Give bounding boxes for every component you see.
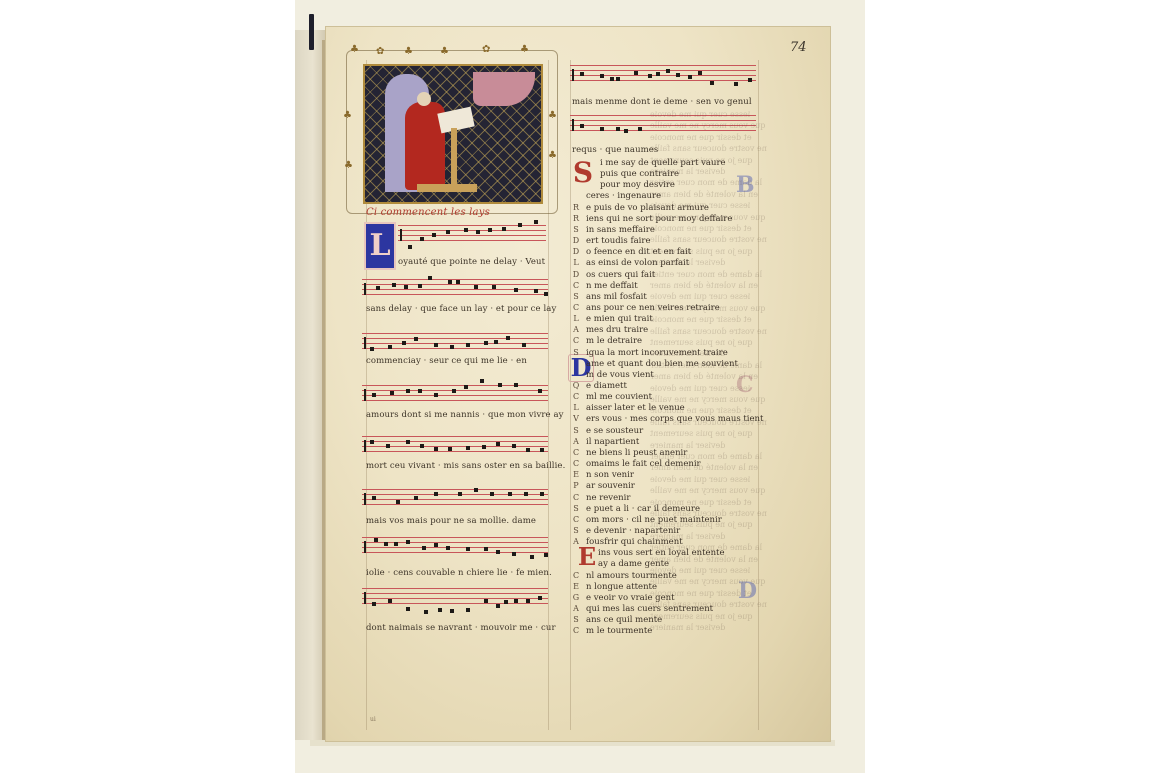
neume-note-icon [698,71,702,75]
line-initial-letter: C [571,515,581,524]
neume-note-icon [434,343,438,347]
staff-line [398,235,546,236]
staff-line [362,436,548,437]
neume-note-icon [428,276,432,280]
neume-note-icon [452,389,456,393]
neume-note-icon [424,610,428,614]
bleed-through-line: que vous mercy ne me vaille [650,486,765,495]
line-initial-letter: D [571,247,581,256]
bleed-through-line: iesse cuer qui me devoie [650,110,750,119]
bleed-through-line: que vous mercy ne me vaille [650,395,765,404]
bleed-through-line: ne vostre douceur sans faille [650,327,767,336]
text-line: e se sousteur [586,426,643,436]
bleed-through-line: deviser la maniere [650,623,725,632]
clef-icon [400,229,402,241]
drapery-icon [473,72,535,106]
staff-line [398,230,546,231]
neume-note-icon [526,599,530,603]
text-line: n son venir [586,470,634,480]
neume-note-icon [448,280,452,284]
vine-leaf-icon: ♣ [344,160,353,171]
clef-icon [572,69,574,81]
staff-line [362,547,548,548]
neume-note-icon [484,341,488,345]
figure-head-icon [417,92,431,106]
neume-note-icon [466,608,470,612]
line-initial-letter: C [571,392,581,401]
lyric-line: commenciay · seur ce qui me lie · en [366,356,527,366]
neume-note-icon [490,492,494,496]
vine-leaf-icon: ♣ [404,46,413,57]
clef-icon [364,283,366,295]
neume-note-icon [414,337,418,341]
neume-note-icon [512,552,516,556]
bleed-through-line: que vous mercy ne me vaille [650,121,765,130]
line-initial-letter: R [571,214,581,223]
bleed-through-line: et dessir que ne moncoie [650,406,752,415]
staff-line [362,542,548,543]
bleed-through-line: que jo ne puis seurement [650,247,753,256]
bleed-through-line: la dame de mon cuer entier [650,270,762,279]
neume-note-icon [634,71,638,75]
neume-note-icon [534,220,538,224]
vine-leaf-icon: ✿ [376,46,384,57]
music-staff [362,537,548,553]
neume-note-icon [394,542,398,546]
line-initial-letter: C [571,281,581,290]
neume-note-icon [492,285,496,289]
neume-note-icon [422,546,426,550]
music-staff [362,588,548,604]
rubric-heading: Ci commencent les lays [366,207,490,218]
neume-note-icon [434,543,438,547]
music-staff [362,385,548,401]
bleed-through-line: et dessir que ne moncoie [650,315,752,324]
illuminated-initial-e: E [576,544,598,570]
neume-note-icon [482,445,486,449]
line-initial-letter: D [571,236,581,245]
neume-note-icon [484,599,488,603]
staff-line [362,494,548,495]
clef-icon [572,119,574,131]
neume-note-icon [496,442,500,446]
spine-tab-marker [309,14,314,50]
neume-note-icon [448,447,452,451]
music-staff [570,65,756,81]
neume-note-icon [386,444,390,448]
neume-note-icon [600,127,604,131]
illuminated-miniature [363,64,543,204]
vine-leaf-icon: ♣ [520,44,529,55]
line-initial-letter: C [571,626,581,635]
neume-note-icon [464,385,468,389]
clef-icon [364,389,366,401]
neume-note-icon [518,223,522,227]
neume-note-icon [396,500,400,504]
neume-note-icon [414,496,418,500]
lyric-line: iolie · cens couvable n chiere lie · fe … [366,568,552,578]
gathering-mark: ui [370,716,376,723]
lyric-line: requs · que naumes [572,145,658,155]
neume-note-icon [402,341,406,345]
staff-line [362,400,548,401]
neume-note-icon [370,440,374,444]
neume-note-icon [530,555,534,559]
bleed-through-line: la dame de mon cuer entier [650,452,762,461]
neume-note-icon [456,280,460,284]
clef-icon [364,592,366,604]
lyric-line: mort ceu vivant · mis sans oster en sa b… [366,461,565,471]
vine-leaf-icon: ♣ [548,150,557,161]
staff-line [362,451,548,452]
line-initial-letter: C [571,303,581,312]
lyric-line: amours dont si me nannis · que mon vivre… [366,410,564,420]
neume-note-icon [506,336,510,340]
bleed-through-line: en la volenté de bien amer [650,190,758,199]
staff-line [362,385,548,386]
line-initial-letter: D [571,270,581,279]
bleed-through-line: deviser la maniere [650,532,725,541]
staff-line [362,504,548,505]
neume-note-icon [480,379,484,383]
neume-note-icon [464,228,468,232]
line-initial-letter: A [571,604,581,613]
line-initial-letter: P [571,481,581,490]
neume-note-icon [474,285,478,289]
line-initial-letter: C [571,493,581,502]
staff-line [362,499,548,500]
neume-note-icon [734,82,738,86]
line-initial-letter: L [571,403,581,412]
line-initial-letter: S [571,426,581,435]
line-initial-letter: L [571,258,581,267]
image-viewer: 74 ui ♣ ✿ ♣ ♣ ✿ ♣ ♣ ♣ ♣ ♣ Ci commencent … [0,0,1160,773]
bleed-through-line: que jo ne puis seurement [650,520,753,529]
neume-note-icon [496,550,500,554]
bleed-through-line: que vous mercy ne me vaille [650,577,765,586]
bleed-through-line: en la volenté de bien amer [650,372,758,381]
neume-note-icon [404,285,408,289]
staff-line [362,343,548,344]
neume-note-icon [502,227,506,231]
neume-note-icon [580,124,584,128]
neume-note-icon [420,444,424,448]
staff-line [570,70,756,71]
staff-line [362,279,548,280]
line-initial-letter: C [571,459,581,468]
neume-note-icon [388,345,392,349]
bleed-through-line: iesse cuer qui me devoie [650,292,750,301]
staff-line [362,338,548,339]
neume-note-icon [656,72,660,76]
clef-icon [364,440,366,452]
neume-note-icon [450,345,454,349]
vine-leaf-icon: ♣ [548,110,557,121]
bleed-through-line: ne vostre douceur sans faille [650,509,767,518]
bleed-through-line: en la volenté de bien amer [650,281,758,290]
text-line: ml me couvient [586,392,652,402]
bleed-through-line: deviser la maniere [650,349,725,358]
line-initial-letter: S [571,504,581,513]
neume-note-icon [514,599,518,603]
vine-leaf-icon: ♣ [343,110,352,121]
bleed-through-line: ne vostre douceur sans faille [650,418,767,427]
neume-note-icon [600,74,604,78]
neume-note-icon [408,245,412,249]
neume-note-icon [406,440,410,444]
neume-note-icon [688,75,692,79]
line-initial-letter: C [571,571,581,580]
music-staff [362,279,548,295]
neume-note-icon [544,553,548,557]
staff-line [362,552,548,553]
neume-note-icon [580,72,584,76]
illuminated-initial-l: L [364,222,396,270]
neume-note-icon [434,447,438,451]
music-staff [362,489,548,505]
neume-note-icon [648,74,652,78]
text-line: ans mil fosfait [586,292,647,302]
neume-note-icon [748,78,752,82]
neume-note-icon [484,547,488,551]
line-initial-letter: A [571,325,581,334]
neume-note-icon [372,602,376,606]
text-line: n me deffait [586,281,638,291]
line-initial-letter: S [571,225,581,234]
bleed-through-line: en la volenté de bien amer [650,463,758,472]
neume-note-icon [616,77,620,81]
neume-note-icon [710,81,714,85]
text-line: m le tourmente [586,626,652,636]
bleed-through-line: que jo ne puis seurement [650,338,753,347]
bleed-through-line: la dame de mon cuer entier [650,361,762,370]
neume-note-icon [446,230,450,234]
bleed-through-line: et dessir que ne moncoie [650,133,752,142]
neume-note-icon [434,393,438,397]
music-staff [362,436,548,452]
lyric-line: oyauté que pointe ne delay · Veut [398,257,545,267]
staff-line [570,75,756,76]
text-line: n longue attente [586,582,657,592]
neume-note-icon [498,383,502,387]
neume-note-icon [508,492,512,496]
staff-line [570,80,756,81]
line-initial-letter: C [571,448,581,457]
staff-line [362,294,548,295]
line-initial-letter: Q [571,381,581,390]
folio-number: 74 [790,40,807,55]
text-line: in sans meffaire [586,225,655,235]
staff-line [362,289,548,290]
neume-note-icon [514,288,518,292]
neume-note-icon [488,228,492,232]
neume-note-icon [540,492,544,496]
neume-note-icon [466,446,470,450]
vine-leaf-icon: ✿ [482,44,490,55]
neume-note-icon [522,343,526,347]
staff-line [362,489,548,490]
neume-note-icon [458,492,462,496]
neume-note-icon [638,127,642,131]
vine-leaf-icon: ♣ [440,46,449,57]
line-initial-letter: S [571,292,581,301]
bleed-through-line: iesse cuer qui me devoie [650,566,750,575]
clef-icon [364,493,366,505]
text-line: m le detraire [586,336,642,346]
bleed-through-line: la dame de mon cuer entier [650,543,762,552]
staff-line [362,603,548,604]
bleed-through-line: deviser la maniere [650,167,725,176]
line-initial-letter: V [571,414,581,423]
neume-note-icon [450,609,454,613]
neume-note-icon [466,343,470,347]
neume-note-icon [538,596,542,600]
neume-note-icon [496,604,500,608]
text-line: os cuers qui fait [586,270,655,280]
line-initial-letter: R [571,203,581,212]
neume-note-icon [514,383,518,387]
neume-note-icon [524,492,528,496]
line-initial-letter: S [571,348,581,357]
lectern-icon [451,128,457,186]
neume-note-icon [392,283,396,287]
line-initial-letter: S [571,615,581,624]
neume-note-icon [610,77,614,81]
text-line: ert toudis faire [586,236,650,246]
neume-note-icon [538,389,542,393]
bleed-through-line: iesse cuer qui me devoie [650,384,750,393]
bleed-through-line: en la volenté de bien amer [650,555,758,564]
neume-note-icon [432,233,436,237]
staff-line [398,225,546,226]
bleed-through-line: ne vostre douceur sans faille [650,144,767,153]
staff-line [362,395,548,396]
bleed-through-line: que jo ne puis seurement [650,612,753,621]
line-initial-letter: E [571,582,581,591]
clef-icon [364,541,366,553]
staff-line [362,593,548,594]
neume-note-icon [374,538,378,542]
staff-line [362,441,548,442]
neume-note-icon [446,546,450,550]
neume-note-icon [370,347,374,351]
music-staff [362,333,548,349]
bleed-through-line: que vous mercy ne me vaille [650,304,765,313]
neume-note-icon [512,444,516,448]
neume-note-icon [624,129,628,133]
bleed-through-line: la dame de mon cuer entier [650,178,762,187]
bleed-through-line: et dessir que ne moncoie [650,589,752,598]
line-initial-letter: E [571,470,581,479]
neume-note-icon [418,389,422,393]
neume-note-icon [494,340,498,344]
line-initial-letter: A [571,537,581,546]
text-line: e mien qui trait [586,314,653,324]
neume-note-icon [504,600,508,604]
bleed-through-line: ne vostre douceur sans faille [650,235,767,244]
neume-note-icon [474,488,478,492]
line-initial-letter: G [571,593,581,602]
bleed-through-line: et dessir que ne moncoie [650,498,752,507]
text-line: e diamett [586,381,627,391]
neume-note-icon [406,389,410,393]
bleed-through-line: deviser la maniere [650,441,725,450]
line-initial-letter: A [571,437,581,446]
line-initial-letter: L [571,314,581,323]
neume-note-icon [438,608,442,612]
neume-note-icon [540,448,544,452]
neume-note-icon [544,292,548,296]
neume-note-icon [372,496,376,500]
lyric-line: mais menme dont ie deme · sen vo genul [572,97,752,107]
music-staff [398,225,546,241]
neume-note-icon [526,448,530,452]
neume-note-icon [418,284,422,288]
vine-leaf-icon: ♣ [350,44,359,55]
bleed-through-line: et dessir que ne moncoie [650,224,752,233]
neume-note-icon [676,73,680,77]
staff-line [362,537,548,538]
neume-note-icon [434,492,438,496]
text-line: mes dru traire [586,325,648,335]
staff-line [362,284,548,285]
neume-note-icon [372,393,376,397]
bleed-through-line: iesse cuer qui me devoie [650,475,750,484]
lyric-line: mais vos mais pour ne sa mollie. dame [366,516,536,526]
lyric-line: sans delay · que face un lay · et pour c… [366,304,556,314]
bleed-through-line: iesse cuer qui me devoie [650,201,750,210]
bleed-through-line: que jo ne puis seurement [650,156,753,165]
line-initial-letter: C [571,336,581,345]
staff-line [362,588,548,589]
bleed-through-line: deviser la maniere [650,258,725,267]
lectern-base-icon [417,184,477,192]
text-line: ne revenir [586,493,630,503]
clef-icon [364,337,366,349]
neume-note-icon [376,286,380,290]
staff-line [570,65,756,66]
neume-note-icon [384,542,388,546]
illuminated-initial-s: S [570,158,596,188]
bleed-through-line: ne vostre douceur sans faille [650,600,767,609]
neume-note-icon [420,237,424,241]
text-line: ar souvenir [586,481,635,491]
neume-note-icon [616,127,620,131]
neume-note-icon [388,599,392,603]
neume-note-icon [534,289,538,293]
folio-gutter [322,40,325,740]
neume-note-icon [666,69,670,73]
line-initial-letter: S [571,526,581,535]
neume-note-icon [406,607,410,611]
lyric-line: dont naimais se navrant · mouvoir me · c… [366,623,556,633]
neume-note-icon [406,540,410,544]
text-line: m de vous vient [586,370,654,380]
neume-note-icon [476,230,480,234]
neume-note-icon [390,391,394,395]
neume-note-icon [466,547,470,551]
bleed-through-line: que jo ne puis seurement [650,429,753,438]
bleed-through-line: que vous mercy ne me vaille [650,213,765,222]
staff-line [362,333,548,334]
text-line: il napartient [586,437,639,447]
